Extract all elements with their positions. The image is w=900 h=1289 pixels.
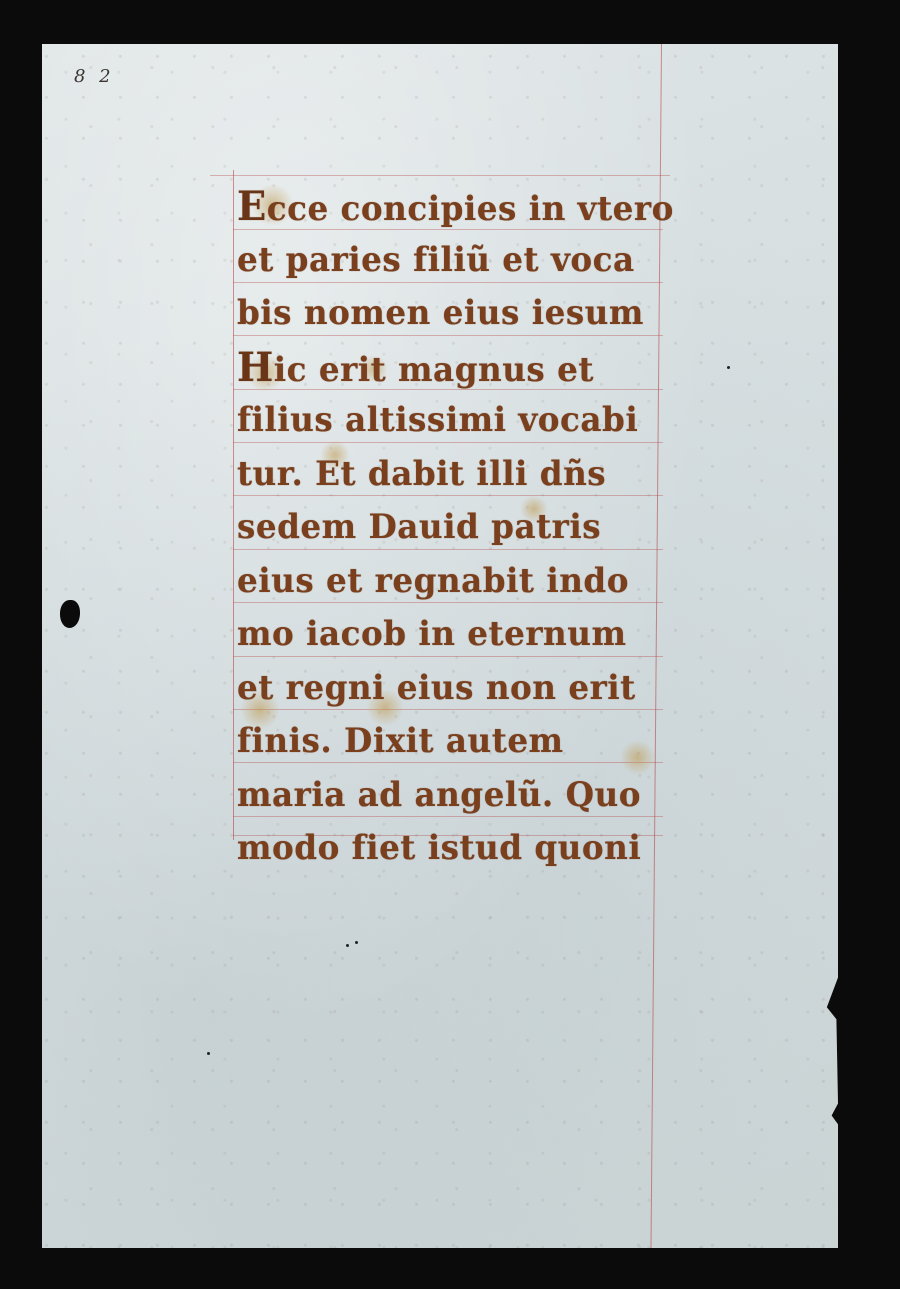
manuscript-text: Ecce concipies in vtero et paries filiũ … [237,180,687,876]
initial-letter: H [237,344,274,391]
text-line: sedem Dauid patris [237,501,669,555]
text-line: modo fiet istud quoni [237,822,669,876]
speck [207,1052,210,1055]
text-line: mo iacob in eternum [237,608,669,662]
text-line: et regni eius non erit [237,662,669,716]
folio-number: 8 2 [74,66,115,87]
text-line: filius altissimi vocabi [237,394,669,448]
left-ruling-line [233,170,234,840]
speck [346,944,349,947]
text-line: tur. Et dabit illi dñs [237,448,669,502]
text-line: finis. Dixit autem [237,715,669,769]
text-line: eius et regnabit indo [237,555,669,609]
speck [727,366,730,369]
text-line: maria ad angelũ. Quo [237,769,669,823]
page-background: 8 2 Ecce concipies in vtero et paries fi… [0,0,900,1289]
text-line: et paries filiũ et voca [237,234,669,288]
text-line: Ecce concipies in vtero [237,180,669,234]
text-line: Hic erit magnus et [237,341,669,395]
initial-letter: E [237,183,267,230]
speck [355,941,358,944]
text-line: bis nomen eius iesum [237,287,669,341]
ruling-line [210,175,670,176]
